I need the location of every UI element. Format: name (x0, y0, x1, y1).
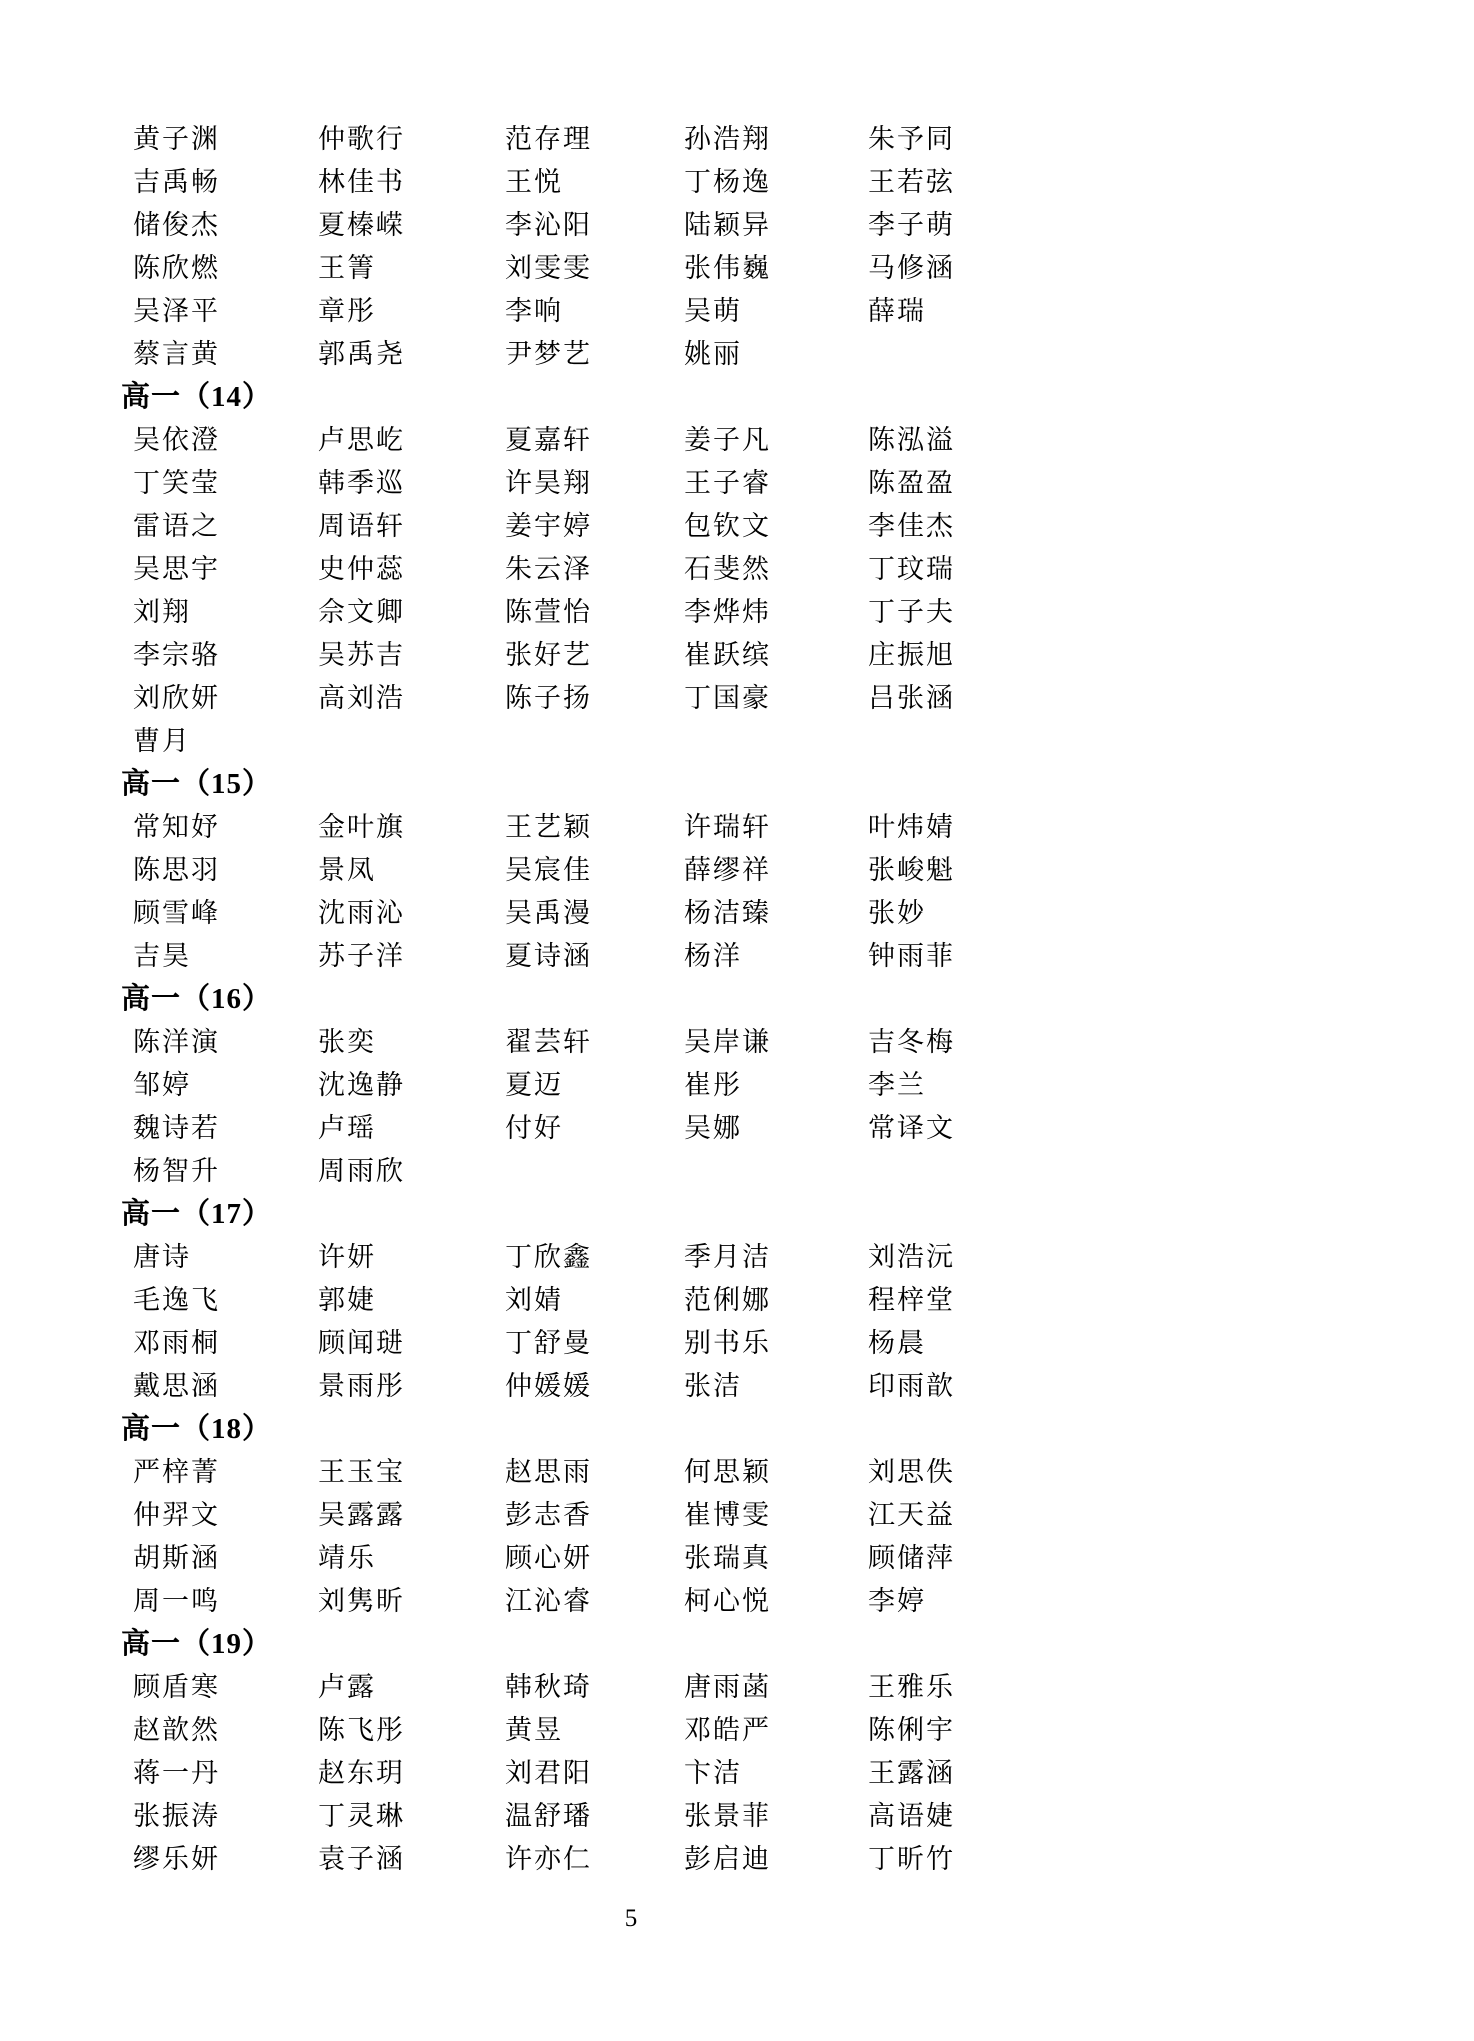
student-name: 杨智升 (133, 1150, 318, 1193)
roster-row: 曹月 (121, 720, 1221, 763)
student-name: 丁国豪 (684, 677, 868, 720)
student-roster: 黄子渊仲歌行范存理孙浩翔朱予同吉禹畅林佳书王悦丁杨逸王若弦储俊杰夏榛嵘李沁阳陆颖… (121, 118, 1221, 1881)
roster-row: 吉禹畅林佳书王悦丁杨逸王若弦 (121, 161, 1221, 204)
student-name: 邓雨桐 (133, 1322, 318, 1365)
class-section-header: 高一（14） (121, 376, 1221, 419)
student-name: 仲羿文 (133, 1494, 318, 1537)
roster-row: 严梓菁王玉宝赵思雨何思颖刘思佚 (121, 1451, 1221, 1494)
student-name: 夏榛嵘 (318, 204, 505, 247)
class-section-header: 高一（15） (121, 763, 1221, 806)
student-name: 吴萌 (684, 290, 868, 333)
student-name: 吴苏吉 (318, 634, 505, 677)
student-name: 林佳书 (318, 161, 505, 204)
student-name: 丁灵琳 (318, 1795, 505, 1838)
roster-row: 刘欣妍高刘浩陈子扬丁国豪吕张涵 (121, 677, 1221, 720)
student-name: 江沁睿 (505, 1580, 684, 1623)
student-name: 吉冬梅 (868, 1021, 1221, 1064)
student-name: 邓皓严 (684, 1709, 868, 1752)
student-name: 张伟巍 (684, 247, 868, 290)
student-name: 顾闻琎 (318, 1322, 505, 1365)
student-name: 李沁阳 (505, 204, 684, 247)
student-name: 叶炜婧 (868, 806, 1221, 849)
document-page: 黄子渊仲歌行范存理孙浩翔朱予同吉禹畅林佳书王悦丁杨逸王若弦储俊杰夏榛嵘李沁阳陆颖… (0, 0, 1474, 2041)
roster-row: 储俊杰夏榛嵘李沁阳陆颖异李子萌 (121, 204, 1221, 247)
student-name: 毛逸飞 (133, 1279, 318, 1322)
student-name: 许昊翔 (505, 462, 684, 505)
student-name: 周一鸣 (133, 1580, 318, 1623)
student-name: 胡斯涵 (133, 1537, 318, 1580)
student-name: 吴露露 (318, 1494, 505, 1537)
student-name: 钟雨菲 (868, 935, 1221, 978)
roster-row: 吴依澄卢思屹夏嘉轩姜子凡陈泓溢 (121, 419, 1221, 462)
student-name: 刘雯雯 (505, 247, 684, 290)
student-name: 陈子扬 (505, 677, 684, 720)
student-name: 黄子渊 (133, 118, 318, 161)
student-name: 李兰 (868, 1064, 1221, 1107)
student-name: 卢思屹 (318, 419, 505, 462)
student-name: 顾储萍 (868, 1537, 1221, 1580)
roster-row: 黄子渊仲歌行范存理孙浩翔朱予同 (121, 118, 1221, 161)
roster-row: 张振涛丁灵琳温舒璠张景菲高语婕 (121, 1795, 1221, 1838)
student-name: 戴思涵 (133, 1365, 318, 1408)
class-section-header: 高一（18） (121, 1408, 1221, 1451)
student-name: 夏嘉轩 (505, 419, 684, 462)
student-name: 吕张涵 (868, 677, 1221, 720)
student-name: 沈雨沁 (318, 892, 505, 935)
student-name: 刘翔 (133, 591, 318, 634)
student-name: 马修涵 (868, 247, 1221, 290)
roster-row: 吴泽平章彤李响吴萌薛瑞 (121, 290, 1221, 333)
student-name: 张洁 (684, 1365, 868, 1408)
student-name: 常知妤 (133, 806, 318, 849)
roster-row: 吉昊苏子洋夏诗涵杨洋钟雨菲 (121, 935, 1221, 978)
student-name: 程梓堂 (868, 1279, 1221, 1322)
student-name: 江天益 (868, 1494, 1221, 1537)
student-name: 付好 (505, 1107, 684, 1150)
roster-row: 吴思宇史仲蕊朱云泽石斐然丁玟瑞 (121, 548, 1221, 591)
student-name: 庄振旭 (868, 634, 1221, 677)
student-name: 黄昱 (505, 1709, 684, 1752)
roster-row: 毛逸飞郭婕刘婧范俐娜程梓堂 (121, 1279, 1221, 1322)
student-name: 温舒璠 (505, 1795, 684, 1838)
student-name: 李婷 (868, 1580, 1221, 1623)
student-name: 季月洁 (684, 1236, 868, 1279)
roster-row: 丁笑莹韩季巡许昊翔王子睿陈盈盈 (121, 462, 1221, 505)
student-name: 刘隽昕 (318, 1580, 505, 1623)
student-name: 卞洁 (684, 1752, 868, 1795)
student-name: 陈萱怡 (505, 591, 684, 634)
student-name: 金叶旗 (318, 806, 505, 849)
student-name: 曹月 (133, 720, 318, 763)
student-name: 周语轩 (318, 505, 505, 548)
student-name: 张振涛 (133, 1795, 318, 1838)
student-name: 丁昕竹 (868, 1838, 1221, 1881)
student-name: 翟芸轩 (505, 1021, 684, 1064)
student-name: 苏子洋 (318, 935, 505, 978)
student-name: 夏诗涵 (505, 935, 684, 978)
student-name: 张妙 (868, 892, 1221, 935)
student-name: 杨晨 (868, 1322, 1221, 1365)
class-section-header: 高一（19） (121, 1623, 1221, 1666)
roster-row: 陈思羽景凤吴宸佳薛缪祥张峻魁 (121, 849, 1221, 892)
student-name: 赵歆然 (133, 1709, 318, 1752)
student-name: 吉禹畅 (133, 161, 318, 204)
student-name: 陈洋演 (133, 1021, 318, 1064)
student-name: 景雨彤 (318, 1365, 505, 1408)
student-name: 韩秋琦 (505, 1666, 684, 1709)
student-name: 李佳杰 (868, 505, 1221, 548)
student-name: 李烨炜 (684, 591, 868, 634)
roster-row: 陈欣燃王箐刘雯雯张伟巍马修涵 (121, 247, 1221, 290)
student-name: 唐雨菡 (684, 1666, 868, 1709)
student-name: 佘文卿 (318, 591, 505, 634)
roster-row: 缪乐妍袁子涵许亦仁彭启迪丁昕竹 (121, 1838, 1221, 1881)
roster-row: 常知妤金叶旗王艺颖许瑞轩叶炜婧 (121, 806, 1221, 849)
roster-row: 赵歆然陈飞彤黄昱邓皓严陈俐宇 (121, 1709, 1221, 1752)
roster-row: 邓雨桐顾闻琎丁舒曼别书乐杨晨 (121, 1322, 1221, 1365)
student-name: 彭志香 (505, 1494, 684, 1537)
student-name: 仲歌行 (318, 118, 505, 161)
student-name: 崔博雯 (684, 1494, 868, 1537)
student-name: 包钦文 (684, 505, 868, 548)
roster-row: 戴思涵景雨彤仲媛媛张洁印雨歆 (121, 1365, 1221, 1408)
student-name: 储俊杰 (133, 204, 318, 247)
student-name: 范存理 (505, 118, 684, 161)
student-name: 史仲蕊 (318, 548, 505, 591)
student-name: 吴泽平 (133, 290, 318, 333)
student-name: 许妍 (318, 1236, 505, 1279)
student-name: 刘婧 (505, 1279, 684, 1322)
student-name: 崔彤 (684, 1064, 868, 1107)
student-name: 杨洁臻 (684, 892, 868, 935)
student-name: 印雨歆 (868, 1365, 1221, 1408)
student-name: 周雨欣 (318, 1150, 505, 1193)
student-name: 高语婕 (868, 1795, 1221, 1838)
student-name: 蔡言黄 (133, 333, 318, 376)
student-name: 王雅乐 (868, 1666, 1221, 1709)
student-name: 张好艺 (505, 634, 684, 677)
class-section-header: 高一（17） (121, 1193, 1221, 1236)
roster-row: 顾盾寒卢露韩秋琦唐雨菡王雅乐 (121, 1666, 1221, 1709)
student-name: 郭婕 (318, 1279, 505, 1322)
roster-row: 陈洋演张奕翟芸轩吴岸谦吉冬梅 (121, 1021, 1221, 1064)
student-name: 刘欣妍 (133, 677, 318, 720)
student-name: 卢瑶 (318, 1107, 505, 1150)
student-name: 别书乐 (684, 1322, 868, 1365)
student-name: 石斐然 (684, 548, 868, 591)
student-name: 靖乐 (318, 1537, 505, 1580)
student-name: 景凤 (318, 849, 505, 892)
student-name: 丁舒曼 (505, 1322, 684, 1365)
student-name: 吴依澄 (133, 419, 318, 462)
roster-row: 杨智升周雨欣 (121, 1150, 1221, 1193)
student-name: 郭禹尧 (318, 333, 505, 376)
page-number: 5 (121, 1905, 1141, 1933)
student-name: 章彤 (318, 290, 505, 333)
student-name: 张瑞真 (684, 1537, 868, 1580)
student-name: 王子睿 (684, 462, 868, 505)
student-name: 夏迈 (505, 1064, 684, 1107)
student-name: 张景菲 (684, 1795, 868, 1838)
student-name: 高刘浩 (318, 677, 505, 720)
student-name: 王箐 (318, 247, 505, 290)
student-name: 吴娜 (684, 1107, 868, 1150)
roster-row: 顾雪峰沈雨沁吴禹漫杨洁臻张妙 (121, 892, 1221, 935)
student-name: 许亦仁 (505, 1838, 684, 1881)
student-name: 姜子凡 (684, 419, 868, 462)
student-name: 常译文 (868, 1107, 1221, 1150)
student-name: 杨洋 (684, 935, 868, 978)
student-name: 唐诗 (133, 1236, 318, 1279)
student-name: 赵思雨 (505, 1451, 684, 1494)
student-name: 王若弦 (868, 161, 1221, 204)
student-name: 孙浩翔 (684, 118, 868, 161)
student-name: 彭启迪 (684, 1838, 868, 1881)
student-name: 缪乐妍 (133, 1838, 318, 1881)
student-name: 薛瑞 (868, 290, 1221, 333)
student-name: 吴岸谦 (684, 1021, 868, 1064)
student-name: 姜宇婷 (505, 505, 684, 548)
student-name: 顾雪峰 (133, 892, 318, 935)
student-name: 李响 (505, 290, 684, 333)
student-name: 崔跃缤 (684, 634, 868, 677)
student-name: 陆颖异 (684, 204, 868, 247)
student-name: 丁杨逸 (684, 161, 868, 204)
student-name: 何思颖 (684, 1451, 868, 1494)
roster-row: 蒋一丹赵东玥刘君阳卞洁王露涵 (121, 1752, 1221, 1795)
roster-row: 周一鸣刘隽昕江沁睿柯心悦李婷 (121, 1580, 1221, 1623)
student-name: 刘浩沅 (868, 1236, 1221, 1279)
student-name: 薛缪祥 (684, 849, 868, 892)
student-name: 姚丽 (684, 333, 868, 376)
student-name: 韩季巡 (318, 462, 505, 505)
student-name: 张峻魁 (868, 849, 1221, 892)
student-name: 严梓菁 (133, 1451, 318, 1494)
student-name: 陈思羽 (133, 849, 318, 892)
student-name: 卢露 (318, 1666, 505, 1709)
student-name: 吴思宇 (133, 548, 318, 591)
student-name: 陈飞彤 (318, 1709, 505, 1752)
student-name: 范俐娜 (684, 1279, 868, 1322)
student-name: 顾心妍 (505, 1537, 684, 1580)
student-name: 陈欣燃 (133, 247, 318, 290)
student-name: 王艺颖 (505, 806, 684, 849)
roster-row: 蔡言黄郭禹尧尹梦艺姚丽 (121, 333, 1221, 376)
student-name: 李宗骆 (133, 634, 318, 677)
student-name: 张奕 (318, 1021, 505, 1064)
roster-row: 胡斯涵靖乐顾心妍张瑞真顾储萍 (121, 1537, 1221, 1580)
student-name: 柯心悦 (684, 1580, 868, 1623)
student-name: 王玉宝 (318, 1451, 505, 1494)
roster-row: 仲羿文吴露露彭志香崔博雯江天益 (121, 1494, 1221, 1537)
student-name: 陈泓溢 (868, 419, 1221, 462)
roster-row: 刘翔佘文卿陈萱怡李烨炜丁子夫 (121, 591, 1221, 634)
student-name: 雷语之 (133, 505, 318, 548)
student-name: 袁子涵 (318, 1838, 505, 1881)
student-name: 吴宸佳 (505, 849, 684, 892)
student-name: 顾盾寒 (133, 1666, 318, 1709)
student-name: 丁欣鑫 (505, 1236, 684, 1279)
student-name: 刘君阳 (505, 1752, 684, 1795)
roster-row: 雷语之周语轩姜宇婷包钦文李佳杰 (121, 505, 1221, 548)
student-name: 丁笑莹 (133, 462, 318, 505)
student-name: 李子萌 (868, 204, 1221, 247)
student-name: 蒋一丹 (133, 1752, 318, 1795)
student-name: 仲媛媛 (505, 1365, 684, 1408)
student-name: 丁子夫 (868, 591, 1221, 634)
student-name: 朱予同 (868, 118, 1221, 161)
student-name: 吴禹漫 (505, 892, 684, 935)
student-name: 吉昊 (133, 935, 318, 978)
class-section-header: 高一（16） (121, 978, 1221, 1021)
student-name: 王悦 (505, 161, 684, 204)
student-name: 魏诗若 (133, 1107, 318, 1150)
student-name: 丁玟瑞 (868, 548, 1221, 591)
roster-row: 邹婷沈逸静夏迈崔彤李兰 (121, 1064, 1221, 1107)
roster-row: 魏诗若卢瑶付好吴娜常译文 (121, 1107, 1221, 1150)
student-name: 王露涵 (868, 1752, 1221, 1795)
student-name: 朱云泽 (505, 548, 684, 591)
student-name: 许瑞轩 (684, 806, 868, 849)
student-name: 刘思佚 (868, 1451, 1221, 1494)
student-name: 邹婷 (133, 1064, 318, 1107)
roster-row: 李宗骆吴苏吉张好艺崔跃缤庄振旭 (121, 634, 1221, 677)
roster-row: 唐诗许妍丁欣鑫季月洁刘浩沅 (121, 1236, 1221, 1279)
student-name: 陈俐宇 (868, 1709, 1221, 1752)
student-name: 沈逸静 (318, 1064, 505, 1107)
student-name: 陈盈盈 (868, 462, 1221, 505)
student-name: 赵东玥 (318, 1752, 505, 1795)
student-name: 尹梦艺 (505, 333, 684, 376)
